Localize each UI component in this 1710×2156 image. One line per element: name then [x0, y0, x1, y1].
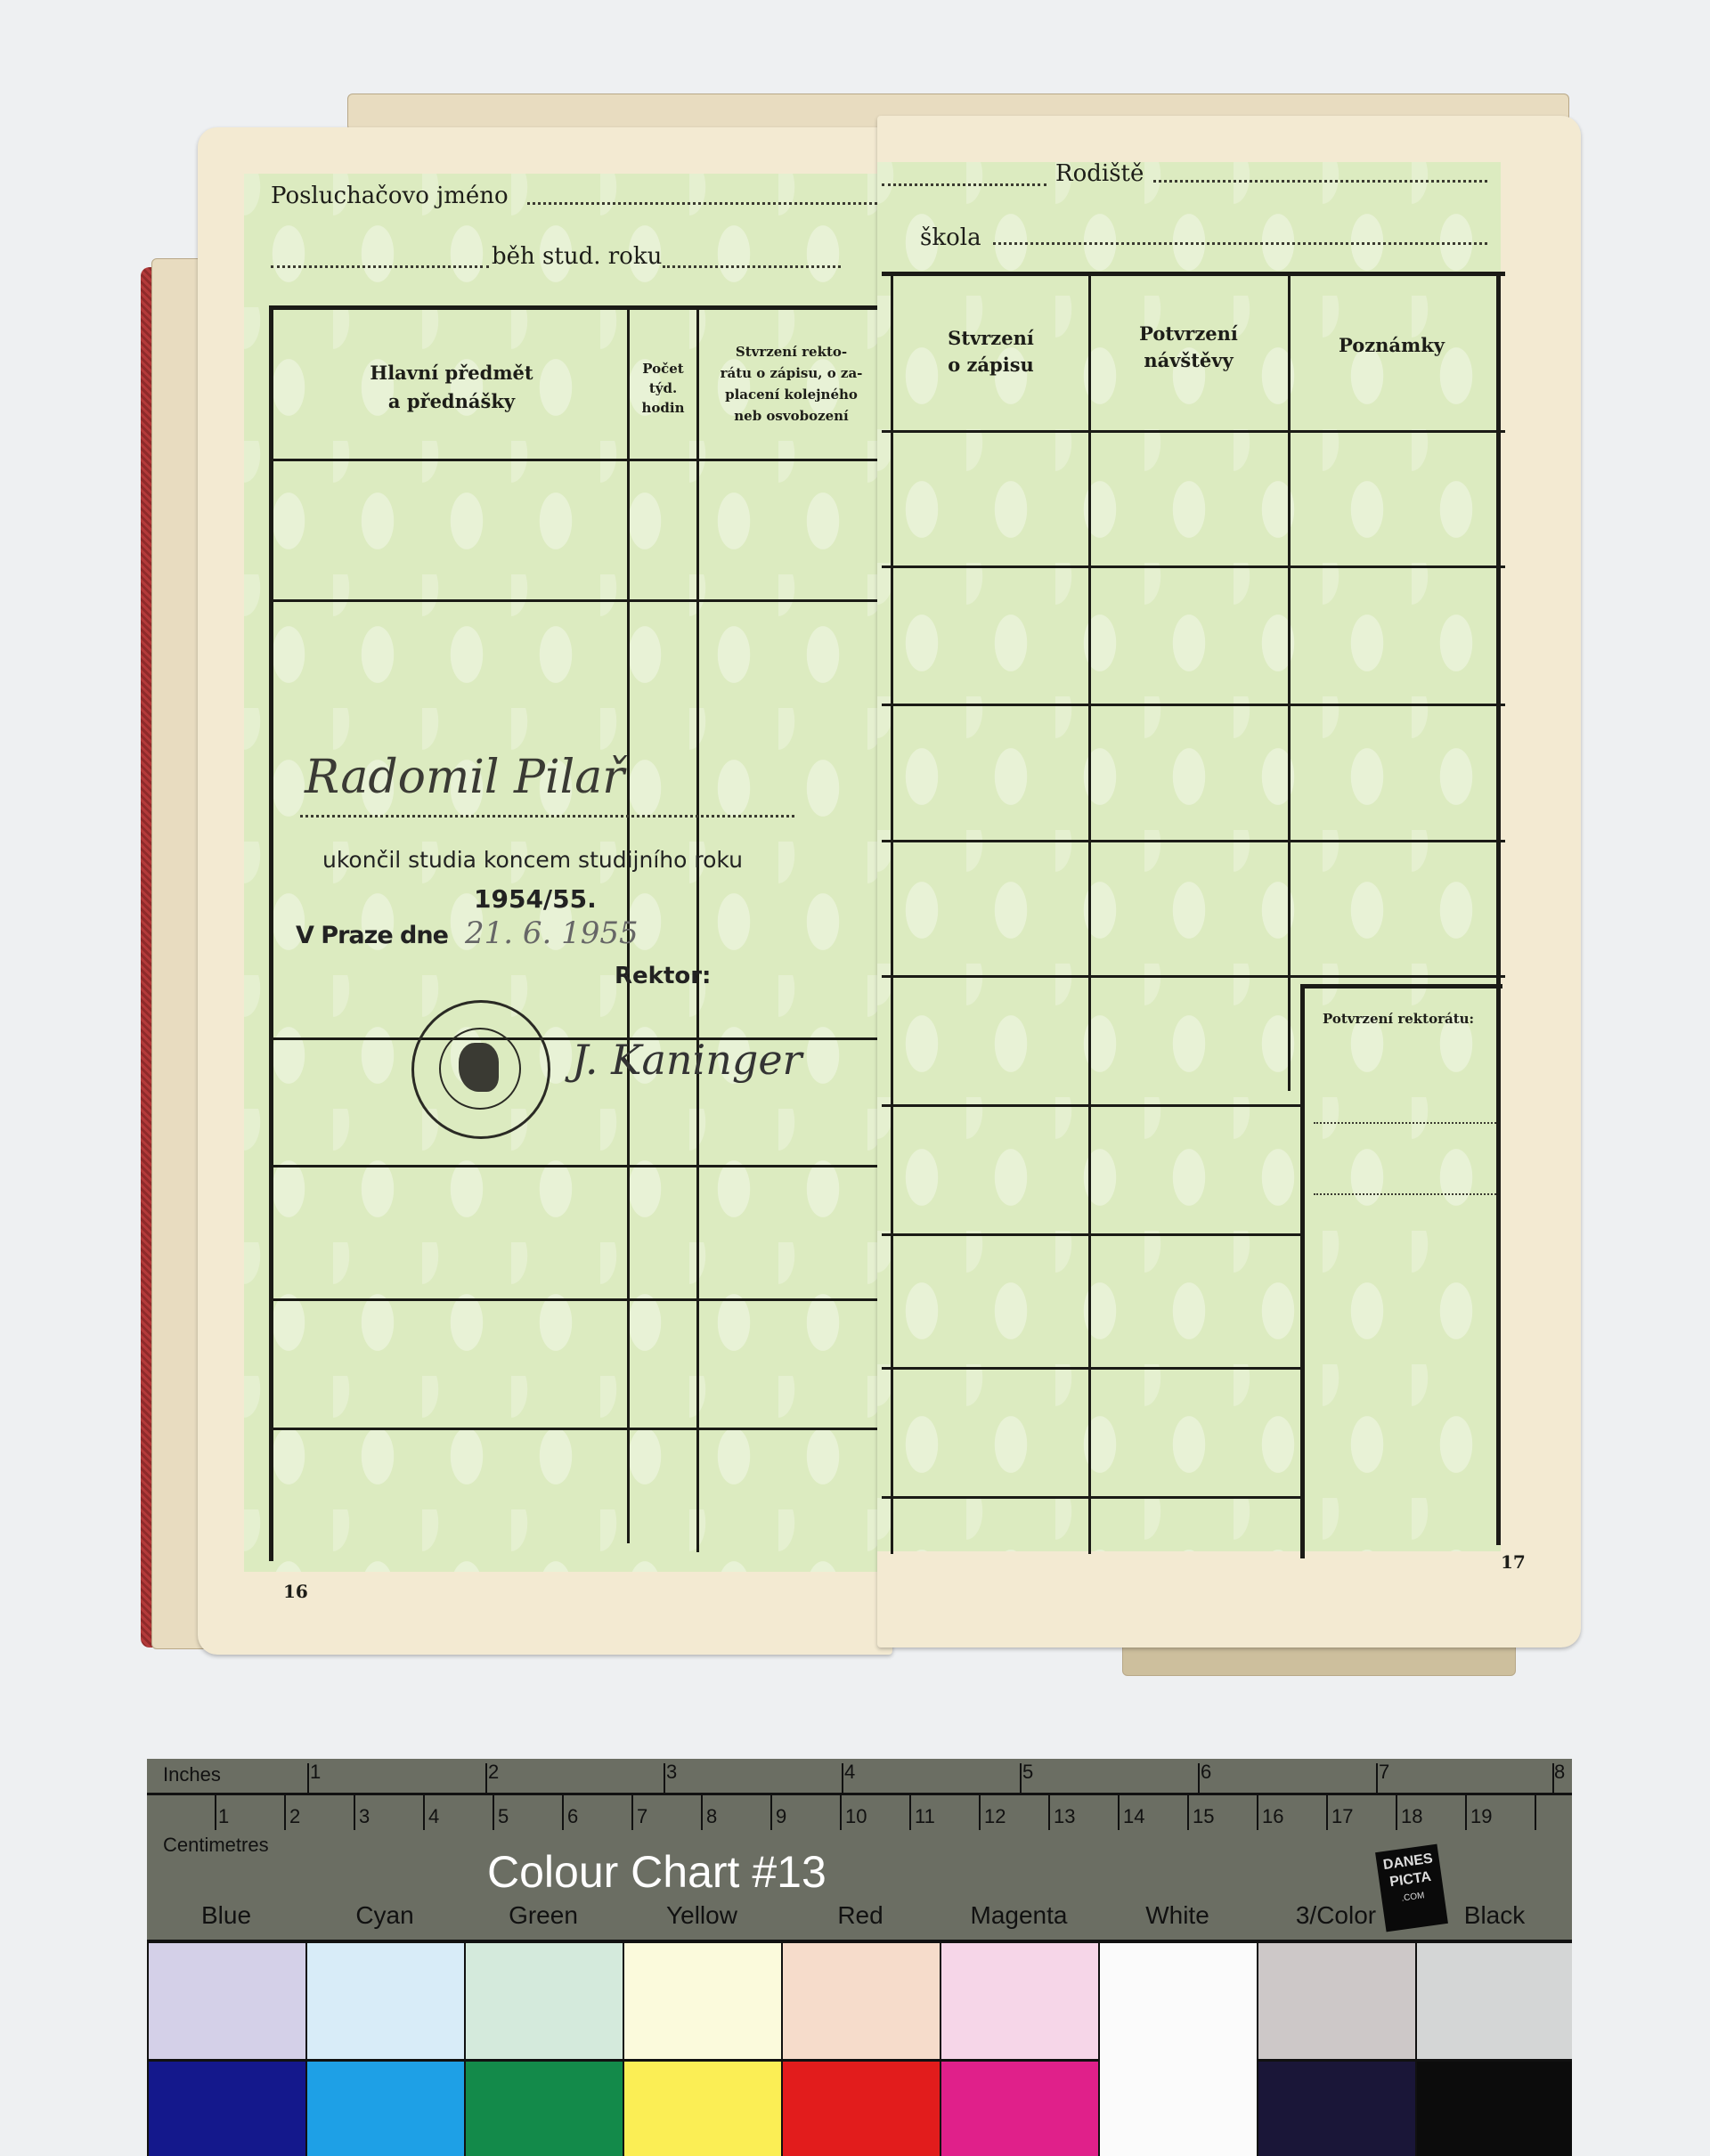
swatch-red-light	[781, 1943, 940, 2059]
colour-chart: Inches Centimetres 1 2 3 4 5 6 7 8 1 2 3…	[147, 1759, 1572, 2156]
inch-7: 7	[1379, 1761, 1389, 1784]
header-enrollment-confirmation: Stvrzení o zápisu	[895, 325, 1087, 378]
cm-10: 10	[845, 1805, 867, 1828]
cm-17: 17	[1331, 1805, 1353, 1828]
swatch-green-light	[464, 1943, 623, 2059]
swatch-cyan-dark	[305, 2059, 464, 2156]
rectorate-confirmation-box: Potvrzení rektorátu:	[1300, 984, 1502, 1558]
cm-1: 1	[218, 1805, 229, 1828]
cm-13: 13	[1054, 1805, 1075, 1828]
cm-4: 4	[428, 1805, 439, 1828]
study-year-prefix-field[interactable]	[271, 265, 489, 268]
inch-3: 3	[666, 1761, 677, 1784]
centimetres-label: Centimetres	[163, 1834, 269, 1857]
swatch-yellow-light	[623, 1943, 781, 2059]
student-name-field[interactable]	[527, 202, 888, 205]
birthplace-field[interactable]	[1153, 180, 1487, 183]
swatch-white	[1098, 1943, 1257, 2156]
cm-16: 16	[1262, 1805, 1283, 1828]
school-label: škola	[920, 224, 981, 251]
cm-18: 18	[1401, 1805, 1422, 1828]
swatch-magenta-dark	[940, 2059, 1098, 2156]
inch-8: 8	[1554, 1761, 1565, 1784]
academy-stamp	[411, 1000, 550, 1139]
swatch-red-dark	[781, 2059, 940, 2156]
student-name-label: Posluchačovo jméno	[271, 183, 509, 209]
cm-15: 15	[1193, 1805, 1214, 1828]
cm-3: 3	[359, 1805, 370, 1828]
swatch-label-cyan: Cyan	[305, 1901, 464, 1930]
swatch-blue-dark	[147, 2059, 305, 2156]
rectorate-box-label: Potvrzení rektorátu:	[1323, 1011, 1474, 1027]
chart-title: Colour Chart #13	[487, 1846, 826, 1898]
swatch-label-black: Black	[1415, 1901, 1574, 1930]
study-year-label: běh stud. roku	[492, 243, 662, 270]
header-main-subject: Hlavní předmět a přednášky	[287, 359, 616, 416]
school-field[interactable]	[993, 242, 1487, 245]
cm-8: 8	[706, 1805, 717, 1828]
cm-11: 11	[915, 1805, 935, 1828]
swatch-label-red: Red	[781, 1901, 940, 1930]
cm-5: 5	[498, 1805, 509, 1828]
cm-14: 14	[1123, 1805, 1144, 1828]
inches-label: Inches	[163, 1763, 221, 1786]
cm-7: 7	[637, 1805, 647, 1828]
birthplace-label: Rodiště	[1055, 160, 1144, 187]
cm-2: 2	[289, 1805, 300, 1828]
handwritten-student-name: Radomil Pilař	[305, 751, 624, 804]
completion-year: 1954/55.	[474, 884, 597, 914]
swatch-label-white: White	[1098, 1901, 1257, 1930]
swatch-label-green: Green	[464, 1901, 623, 1930]
inch-6: 6	[1201, 1761, 1211, 1784]
swatch-3color-light	[1257, 1943, 1415, 2059]
swatch-blue-light	[147, 1943, 305, 2059]
header-weekly-hours: Počet týd. hodin	[630, 359, 696, 418]
name-underline	[300, 815, 794, 818]
swatch-3color-dark	[1257, 2059, 1415, 2156]
completion-statement: ukončil studia koncem studijního roku	[322, 847, 743, 873]
swatch-yellow-dark	[623, 2059, 781, 2156]
inch-1: 1	[310, 1761, 321, 1784]
swatch-black-light	[1415, 1943, 1572, 2059]
birthplace-prefix-field[interactable]	[882, 183, 1046, 186]
handwritten-date: 21. 6. 1955	[465, 915, 639, 951]
lion-emblem-icon	[459, 1043, 499, 1092]
swatch-magenta-light	[940, 1943, 1098, 2059]
cm-9: 9	[776, 1805, 786, 1828]
cm-6: 6	[567, 1805, 578, 1828]
inch-4: 4	[844, 1761, 855, 1784]
ruler-baseline	[147, 1793, 1572, 1795]
header-rectorate-confirmation: Stvrzení rekto- rátu o zápisu, o za- pla…	[700, 341, 883, 427]
study-year-field[interactable]	[663, 265, 841, 268]
cm-12: 12	[984, 1805, 1006, 1828]
rectorate-line-2[interactable]	[1314, 1193, 1496, 1195]
right-table: Potvrzení rektorátu: Stvrzení o zápisu P…	[882, 272, 1505, 1536]
rector-signature: J. Kaninger	[572, 1036, 802, 1084]
swatch-label-blue: Blue	[147, 1901, 305, 1930]
right-page: Rodiště škola Potvrzení rektorátu:	[877, 116, 1581, 1648]
page-number-17: 17	[1501, 1551, 1526, 1573]
swatch-label-yellow: Yellow	[623, 1901, 781, 1930]
swatch-label-magenta: Magenta	[940, 1901, 1098, 1930]
swatch-green-dark	[464, 2059, 623, 2156]
left-page: Posluchačovo jméno běh stud. roku Hlavní…	[198, 127, 892, 1655]
rector-label: Rektor:	[615, 963, 711, 989]
page-number-16: 16	[283, 1581, 308, 1602]
inch-2: 2	[488, 1761, 499, 1784]
rectorate-line-1[interactable]	[1314, 1122, 1496, 1124]
swatch-black-dark	[1415, 2059, 1572, 2156]
cm-19: 19	[1470, 1805, 1492, 1828]
swatch-cyan-light	[305, 1943, 464, 2059]
place-date-label: V Praze dne	[296, 922, 448, 949]
header-attendance-confirmation: Potvrzení návštěvy	[1093, 321, 1284, 374]
inch-5: 5	[1022, 1761, 1033, 1784]
swatch-label-3color: 3/Color	[1257, 1901, 1415, 1930]
header-notes: Poznámky	[1291, 334, 1492, 356]
